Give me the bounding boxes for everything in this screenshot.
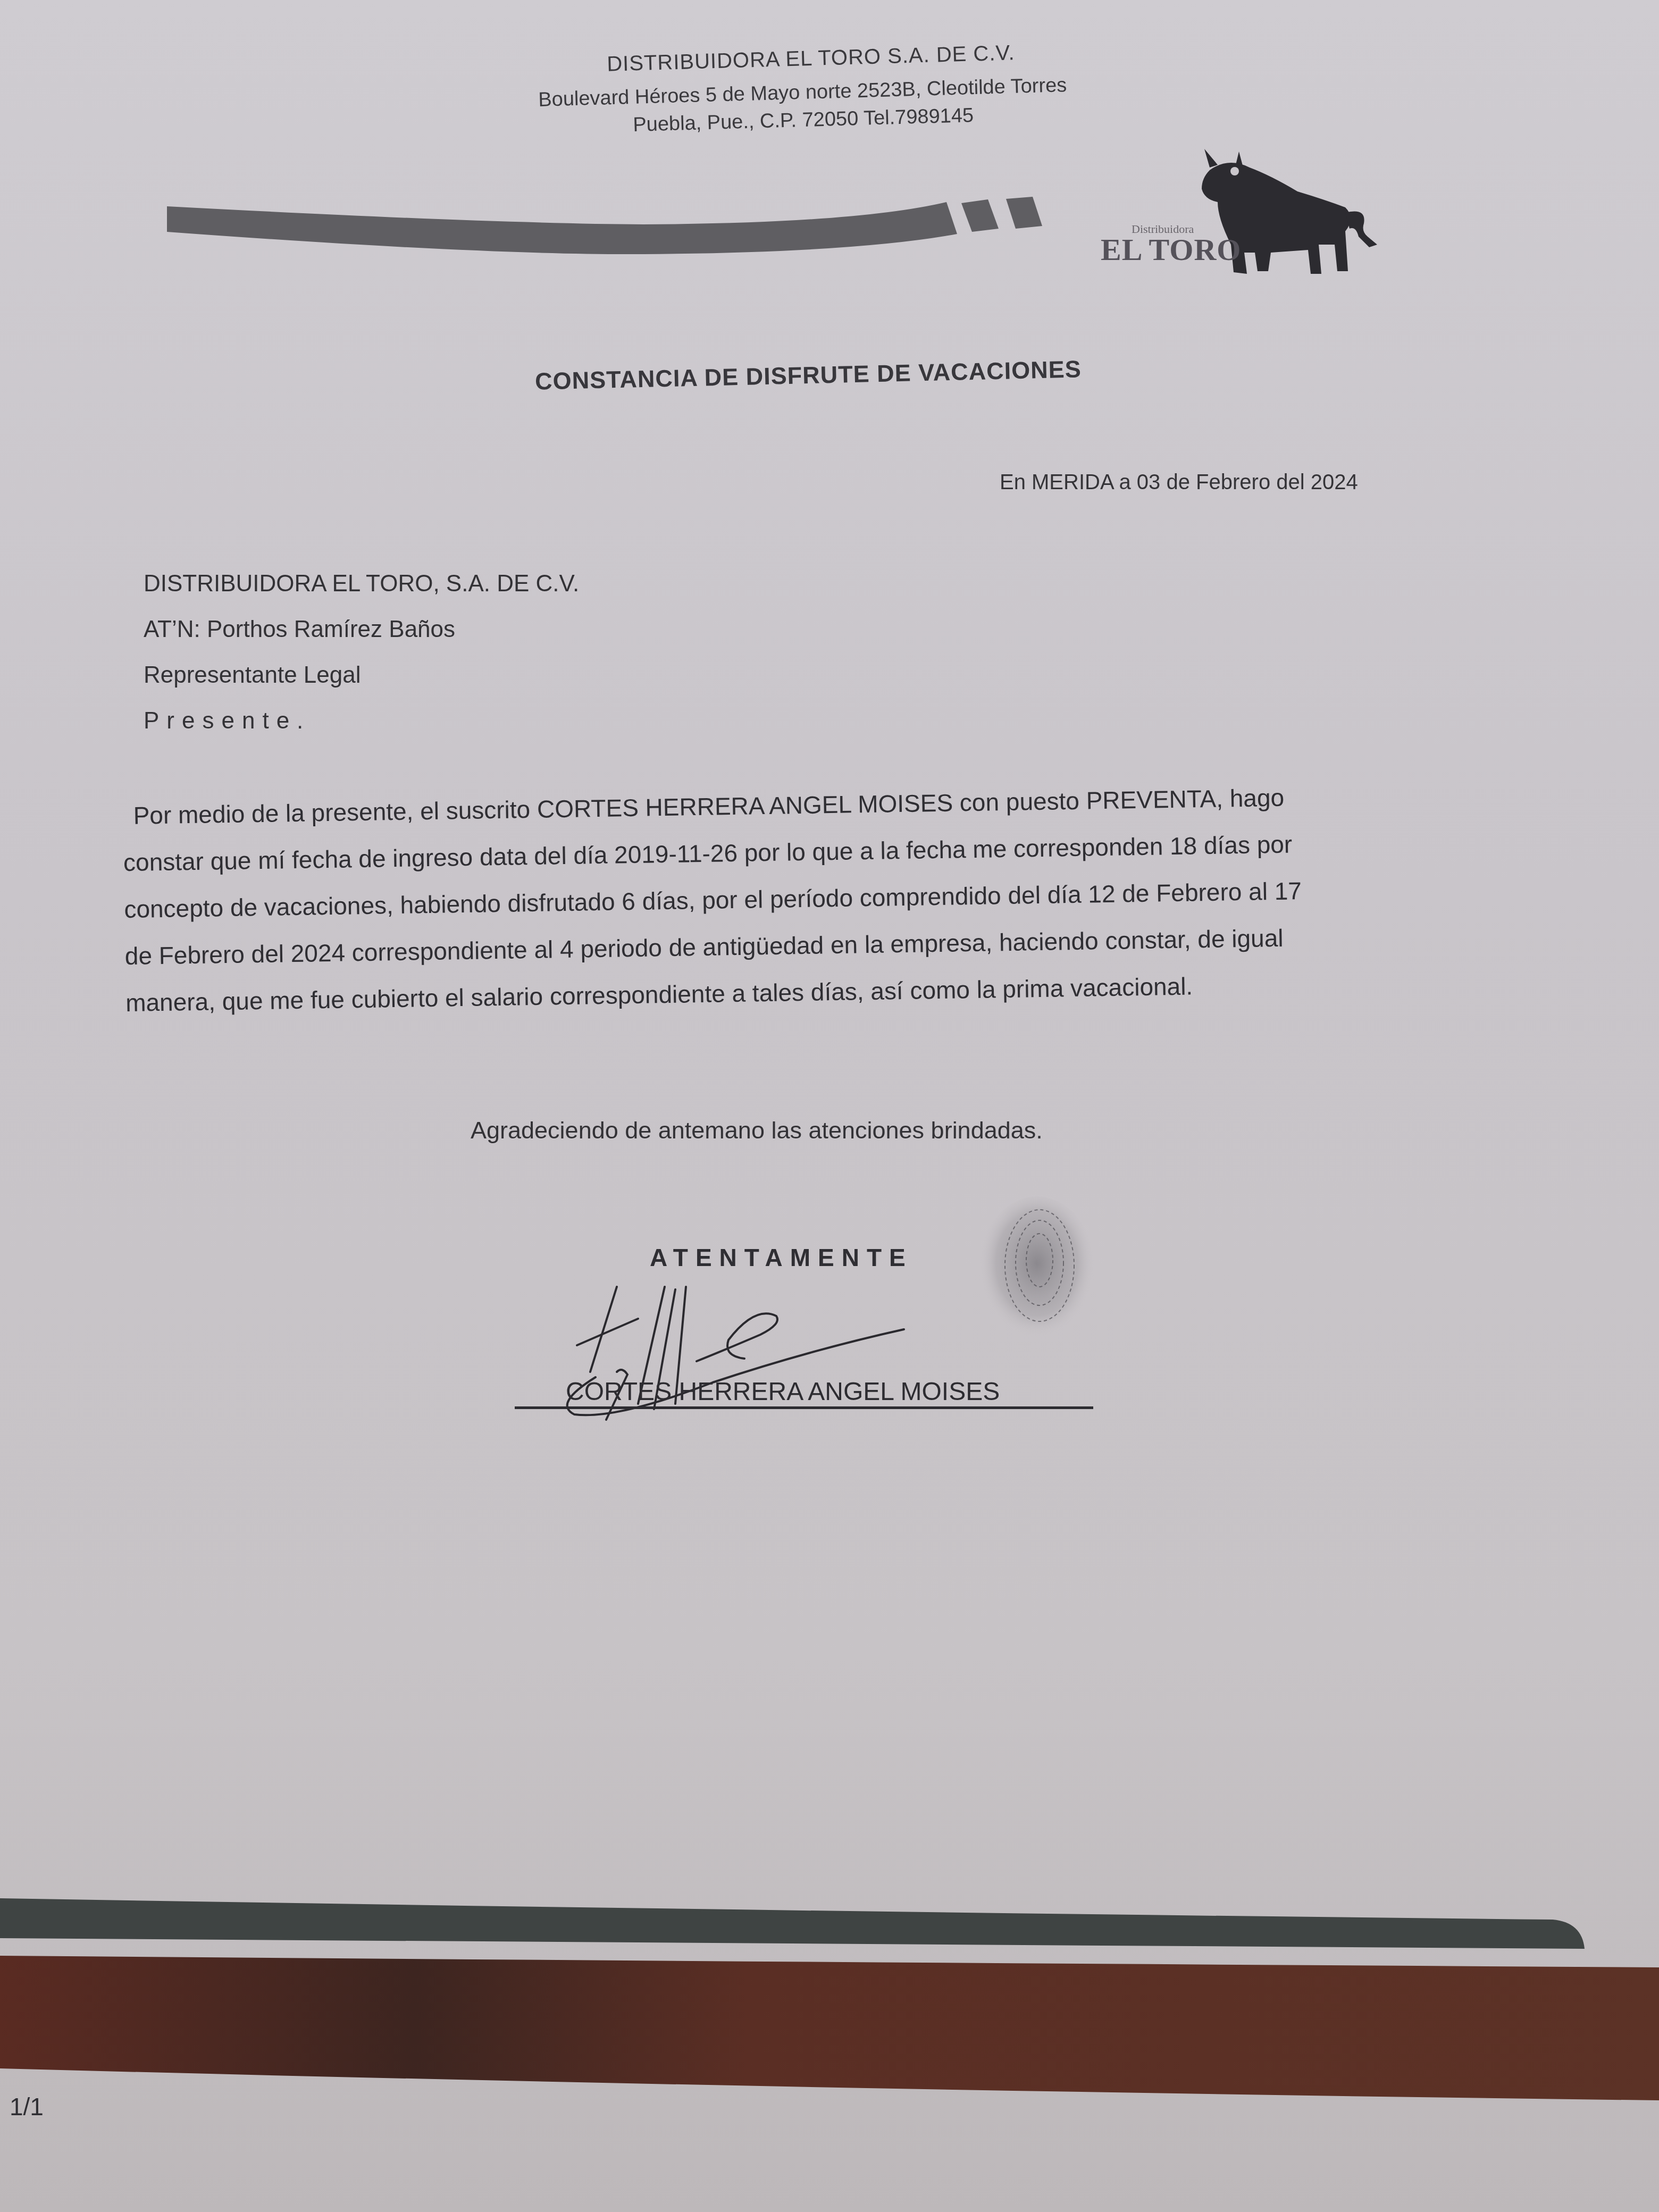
footer-brown-bar <box>0 1946 1659 2106</box>
fingerprint-icon <box>968 1196 1106 1356</box>
letterhead: DISTRIBUIDORA EL TORO S.A. DE C.V. Boule… <box>0 0 1659 298</box>
recipient-role: Representante Legal <box>144 652 579 698</box>
signature-line <box>515 1406 1093 1409</box>
footer-gray-bar <box>0 1882 1590 1951</box>
body-paragraph: Por medio de la presente, el suscrito CO… <box>122 771 1482 1026</box>
header-decorative-bar <box>165 197 1090 255</box>
signer-name: CORTES HERRERA ANGEL MOISES <box>566 1377 1000 1406</box>
letterhead-address: Boulevard Héroes 5 de Mayo norte 2523B, … <box>462 69 1144 144</box>
logo-name: EL TORO <box>1101 232 1241 267</box>
company-logo: Distribuidora EL TORO <box>1095 138 1393 287</box>
closing-text: Agradeciendo de antemano las atenciones … <box>471 1117 1043 1144</box>
document-date: En MERIDA a 03 de Febrero del 2024 <box>1000 471 1358 495</box>
recipient-presente: Presente. <box>144 698 579 744</box>
recipient-attention: AT’N: Porthos Ramírez Baños <box>144 607 579 652</box>
document-title: CONSTANCIA DE DISFRUTE DE VACACIONES <box>479 354 1138 397</box>
page-indicator: 1/1 <box>10 2092 44 2121</box>
recipient-block: DISTRIBUIDORA EL TORO, S.A. DE C.V. AT’N… <box>144 561 579 744</box>
recipient-company: DISTRIBUIDORA EL TORO, S.A. DE C.V. <box>144 561 579 607</box>
